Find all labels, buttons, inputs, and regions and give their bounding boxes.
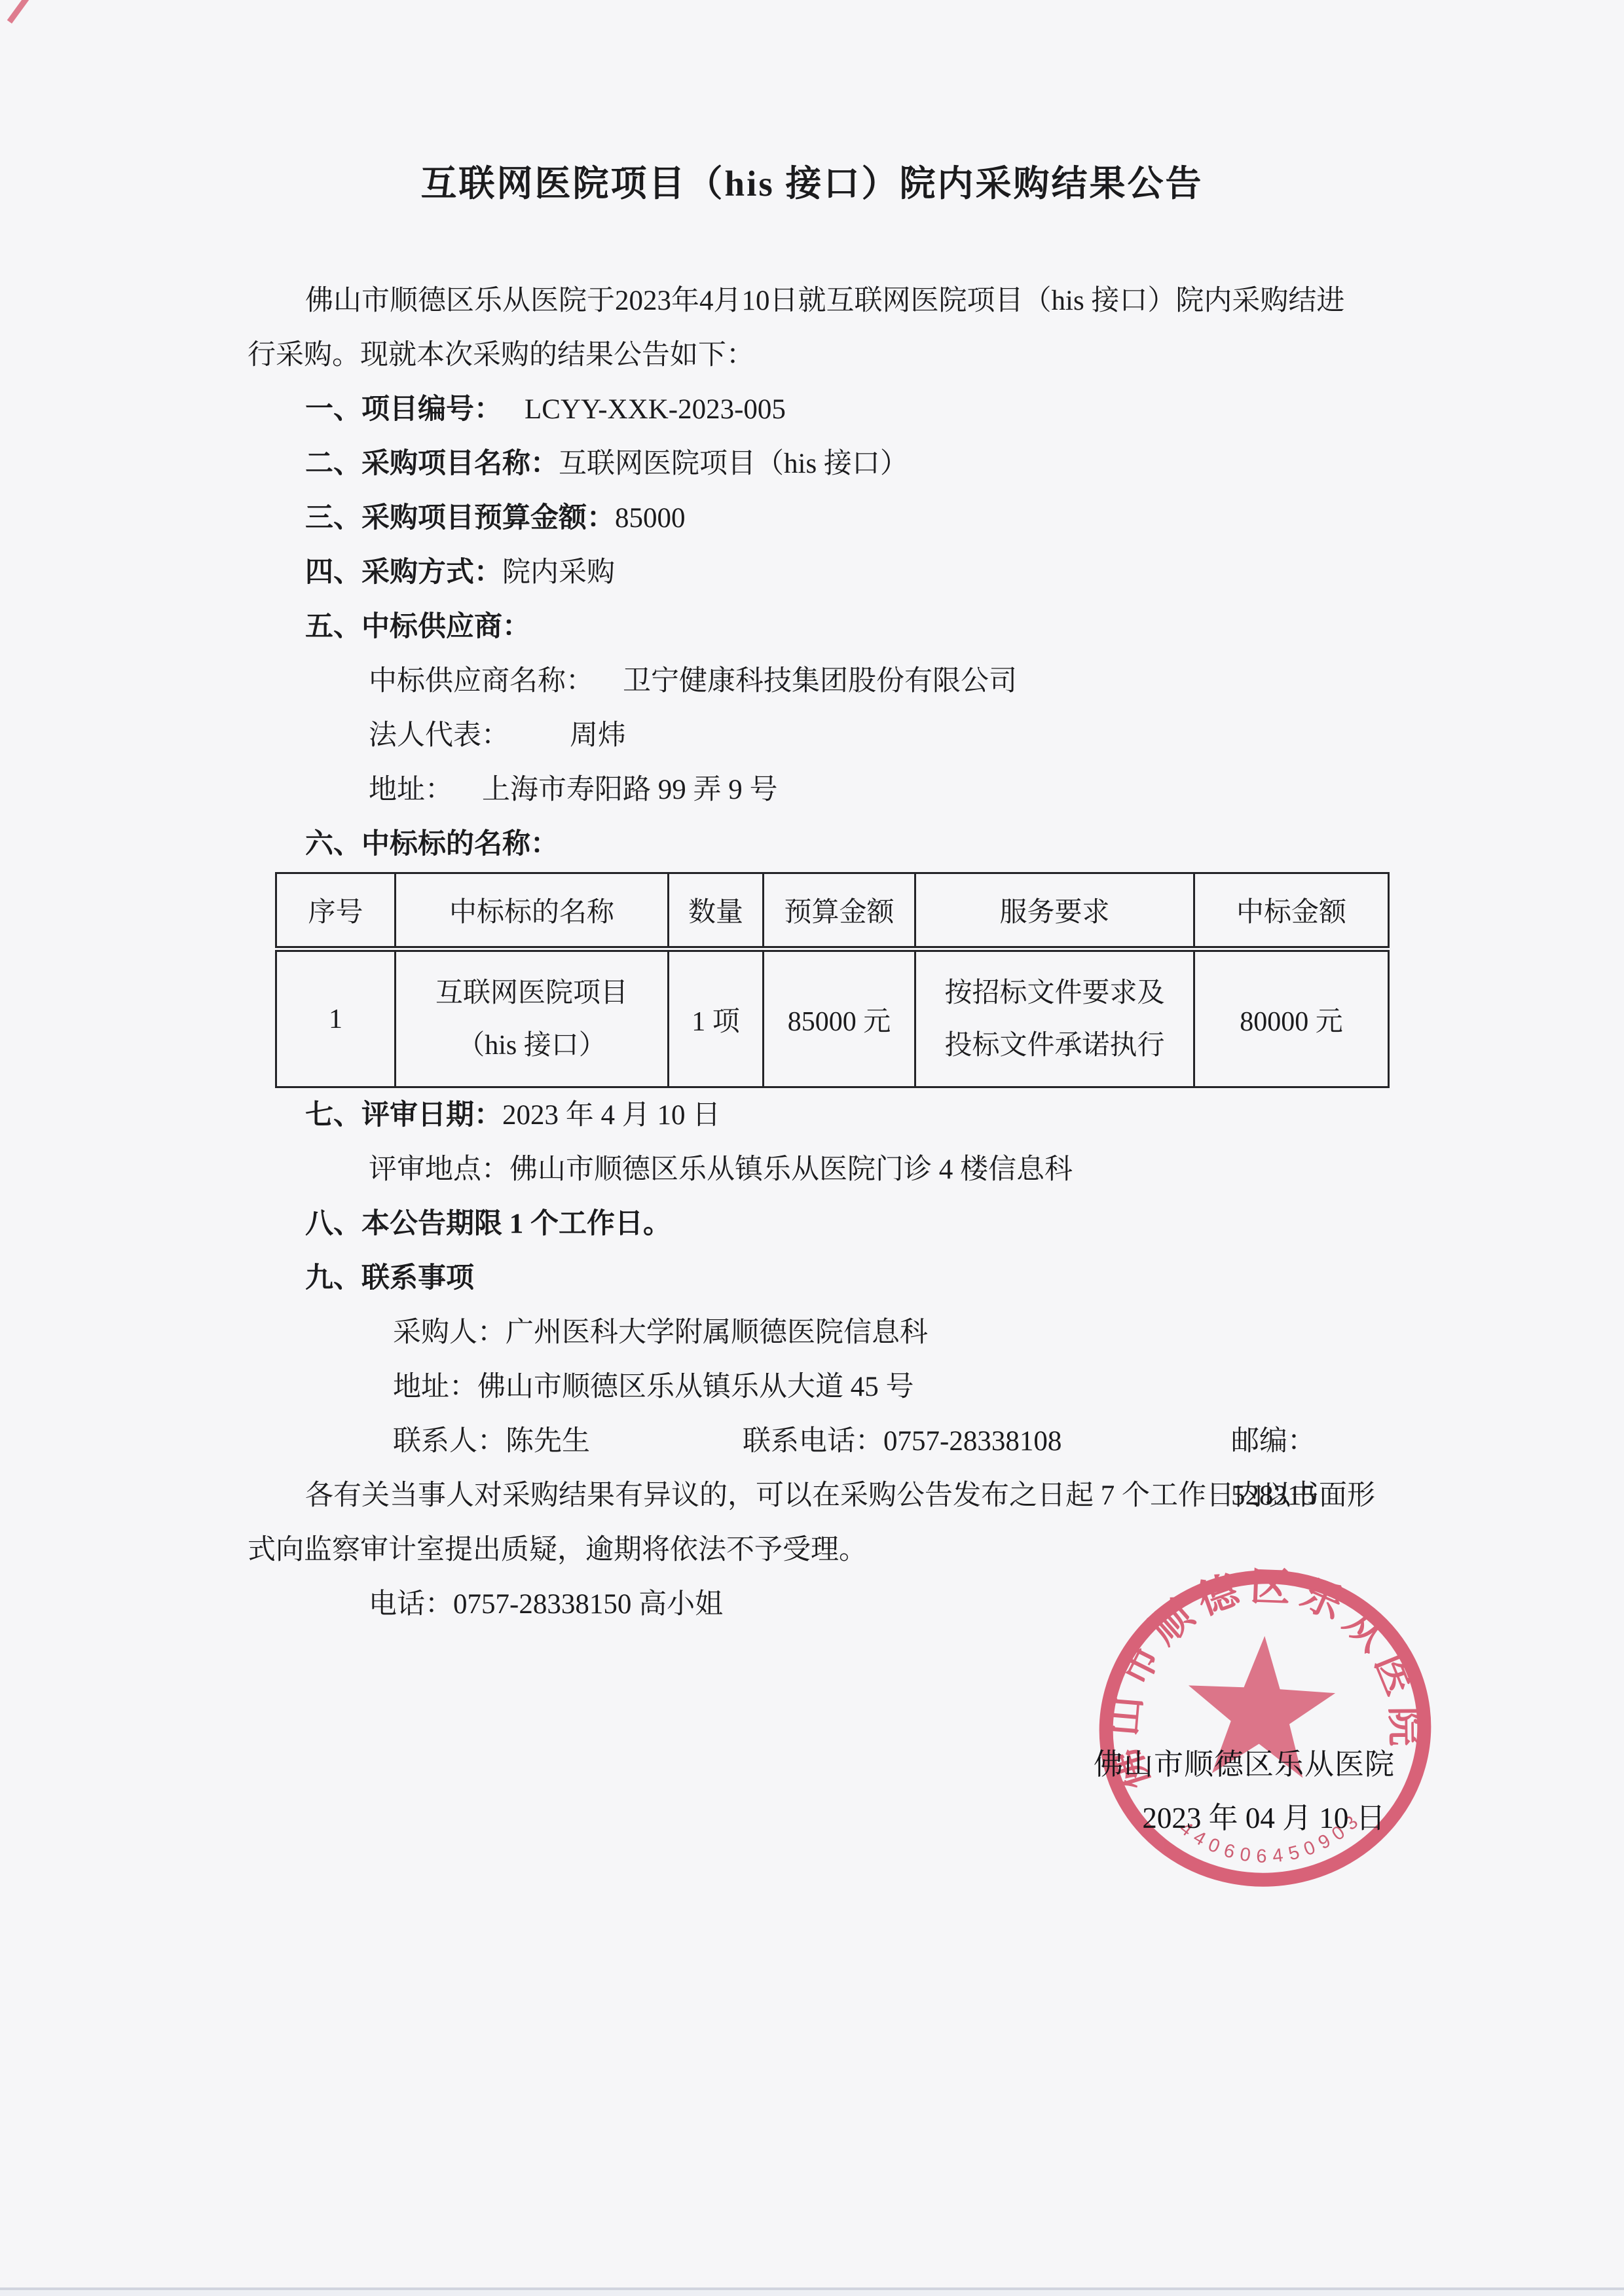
contact-zip: 邮编：528315 <box>1231 1414 1388 1523</box>
award-table-row: 1 互联网医院项目 （his 接口） 1 项 85000 元 按招标文件要求及 … <box>276 949 1389 1087</box>
intro-line-1: 佛山市顺德区乐从医院于2023年4月10日就互联网医院项目（his 接口）院内采… <box>248 274 1388 328</box>
supplier-address-line: 地址：上海市寿阳路 99 弄 9 号 <box>248 763 1388 817</box>
official-seal: 佛山市顺德区乐从医院 440606450903 <box>1088 1563 1442 1904</box>
item-contact-matters: 九、联系事项 <box>248 1251 1388 1305</box>
award-table-wrap: 序号 中标标的名称 数量 预算金额 服务要求 中标金额 1 互联网医院项目 （h… <box>275 872 1388 1088</box>
seal-date-text: 2023 年 04 月 10 日 <box>1113 1794 1414 1836</box>
supplier-legal-line: 法人代表：周炜 <box>248 708 1388 763</box>
buyer-address-line: 地址：佛山市顺德区乐从镇乐从大道 45 号 <box>248 1360 1388 1414</box>
announcement-body-bottom: 七、评审日期：2023 年 4 月 10 日 评审地点：佛山市顺德区乐从镇乐从医… <box>248 1088 1388 1631</box>
review-place-line: 评审地点：佛山市顺德区乐从镇乐从医院门诊 4 楼信息科 <box>248 1142 1388 1197</box>
objection-line-1: 各有关当事人对采购结果有异议的，可以在采购公告发布之日起 7 个工作日内以书面形 <box>248 1468 1388 1523</box>
scanner-edge-strip <box>0 2290 1624 2296</box>
item-notice-period: 八、本公告期限 1 个工作日。 <box>248 1197 1388 1251</box>
supplier-name-line: 中标供应商名称：卫宁健康科技集团股份有限公司 <box>248 654 1388 708</box>
item-project-name: 二、采购项目名称：互联网医院项目（his 接口） <box>248 437 1388 491</box>
col-header-name: 中标标的名称 <box>396 873 669 949</box>
buyer-line: 采购人：广州医科大学附属顺德医院信息科 <box>248 1305 1388 1360</box>
page-title: 互联网医院项目（his 接口）院内采购结果公告 <box>0 155 1624 206</box>
item-award-name: 六、中标标的名称： <box>248 817 1388 871</box>
scan-corner-mark <box>7 0 30 24</box>
col-header-qty: 数量 <box>669 873 764 949</box>
item-budget: 三、采购项目预算金额：85000 <box>248 491 1388 545</box>
col-header-budget: 预算金额 <box>764 873 915 949</box>
col-header-service: 服务要求 <box>915 873 1194 949</box>
cell-service: 按招标文件要求及 投标文件承诺执行 <box>915 949 1194 1087</box>
seal-org-name-text: 佛山市顺德区乐从医院 <box>1074 1740 1414 1783</box>
award-table: 序号 中标标的名称 数量 预算金额 服务要求 中标金额 1 互联网医院项目 （h… <box>275 872 1390 1088</box>
intro-line-2: 行采购。现就本次采购的结果公告如下： <box>248 328 1388 382</box>
col-header-seq: 序号 <box>276 873 396 949</box>
item-method: 四、采购方式：院内采购 <box>248 545 1388 600</box>
item-project-number: 一、项目编号：LCYY-XXK-2023-005 <box>248 382 1388 437</box>
cell-seq: 1 <box>276 949 396 1087</box>
announcement-body-top: 佛山市顺德区乐从医院于2023年4月10日就互联网医院项目（his 接口）院内采… <box>248 274 1388 871</box>
contact-phone: 联系电话：0757-28338108 <box>743 1414 1061 1468</box>
award-table-header-row: 序号 中标标的名称 数量 预算金额 服务要求 中标金额 <box>276 873 1389 949</box>
item-review-date: 七、评审日期：2023 年 4 月 10 日 <box>248 1088 1388 1142</box>
cell-budget: 85000 元 <box>764 949 915 1087</box>
contact-person-line: 联系人：陈先生 联系电话：0757-28338108 邮编：528315 <box>248 1414 1388 1468</box>
cell-amount: 80000 元 <box>1194 949 1389 1087</box>
scanned-announcement-page: 互联网医院项目（his 接口）院内采购结果公告 佛山市顺德区乐从医院于2023年… <box>0 0 1624 2296</box>
cell-qty: 1 项 <box>669 949 764 1087</box>
col-header-amount: 中标金额 <box>1194 873 1389 949</box>
contact-person: 联系人：陈先生 <box>393 1414 590 1468</box>
cell-name: 互联网医院项目 （his 接口） <box>396 949 669 1087</box>
item-winning-supplier: 五、中标供应商： <box>248 600 1388 654</box>
